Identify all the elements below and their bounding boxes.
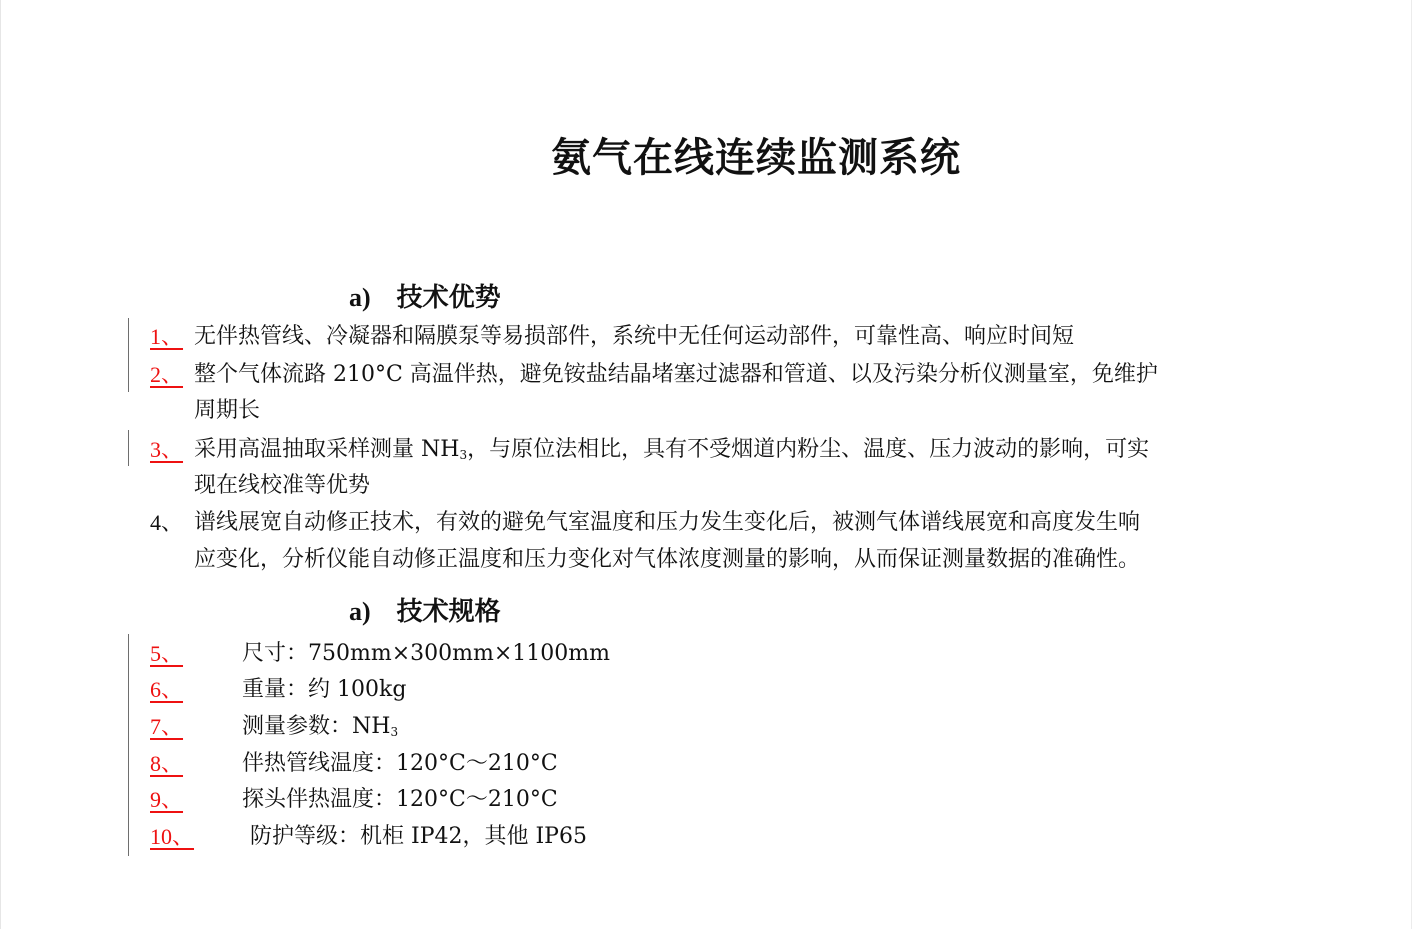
list-item-text-continued: 应变化，分析仪能自动修正温度和压力变化对气体浓度测量的影响，从而保证测量数据的准…: [194, 545, 1140, 575]
list-item-text-continued: 现在线校准等优势: [194, 471, 370, 501]
tracked-list-number: 2、: [150, 360, 183, 390]
tracked-list-number: 9、: [150, 785, 192, 815]
section-title: 技术规格: [397, 597, 501, 627]
section-marker: a): [349, 283, 371, 312]
change-bar: [128, 318, 129, 392]
tracked-list-number: 1、: [150, 322, 192, 352]
section-heading-advantages: a)技术优势: [349, 277, 501, 314]
tracked-list-number: 10、: [150, 822, 248, 852]
spec-text: 伴热管线温度：120°C～210°C: [242, 749, 558, 779]
spec-text: 尺寸：750mm×300mm×1100mm: [242, 639, 610, 669]
list-item-text: 采用高温抽取采样测量 NH3，与原位法相比，具有不受烟道内粉尘、温度、压力波动的…: [194, 435, 1149, 470]
list-item-text: 谱线展宽自动修正技术，有效的避免气室温度和压力发生变化后，被测气体谱线展宽和高度…: [194, 508, 1140, 538]
tracked-list-number: 3、: [150, 435, 183, 465]
spec-text: 探头伴热温度：120°C～210°C: [242, 785, 558, 815]
change-bar: [128, 634, 129, 856]
tracked-list-number: 7、: [150, 712, 192, 742]
list-item-text-continued: 周期长: [194, 396, 260, 426]
tracked-list-number: 6、: [150, 675, 192, 705]
spec-text: 测量参数：NH3: [242, 712, 398, 747]
tracked-list-number: 8、: [150, 749, 192, 779]
list-number: 4、: [150, 508, 183, 538]
tracked-list-number: 5、: [150, 639, 192, 669]
section-heading-specs: a)技术规格: [349, 591, 501, 628]
change-bar: [128, 430, 129, 466]
list-item-text: 无伴热管线、冷凝器和隔膜泵等易损部件，系统中无任何运动部件，可靠性高、响应时间短: [194, 322, 1074, 352]
list-item-text: 整个气体流路 210°C 高温伴热，避免铵盐结晶堵塞过滤器和管道、以及污染分析仪…: [194, 360, 1158, 390]
section-marker: a): [349, 597, 371, 626]
spec-text: 重量：约 100kg: [242, 675, 406, 705]
document-page: 氨气在线连续监测系统 a)技术优势 1、 无伴热管线、冷凝器和隔膜泵等易损部件，…: [0, 0, 1414, 929]
spec-text: 防护等级：机柜 IP42，其他 IP65: [250, 822, 587, 852]
document-title: 氨气在线连续监测系统: [0, 126, 1414, 183]
section-title: 技术优势: [397, 283, 501, 313]
